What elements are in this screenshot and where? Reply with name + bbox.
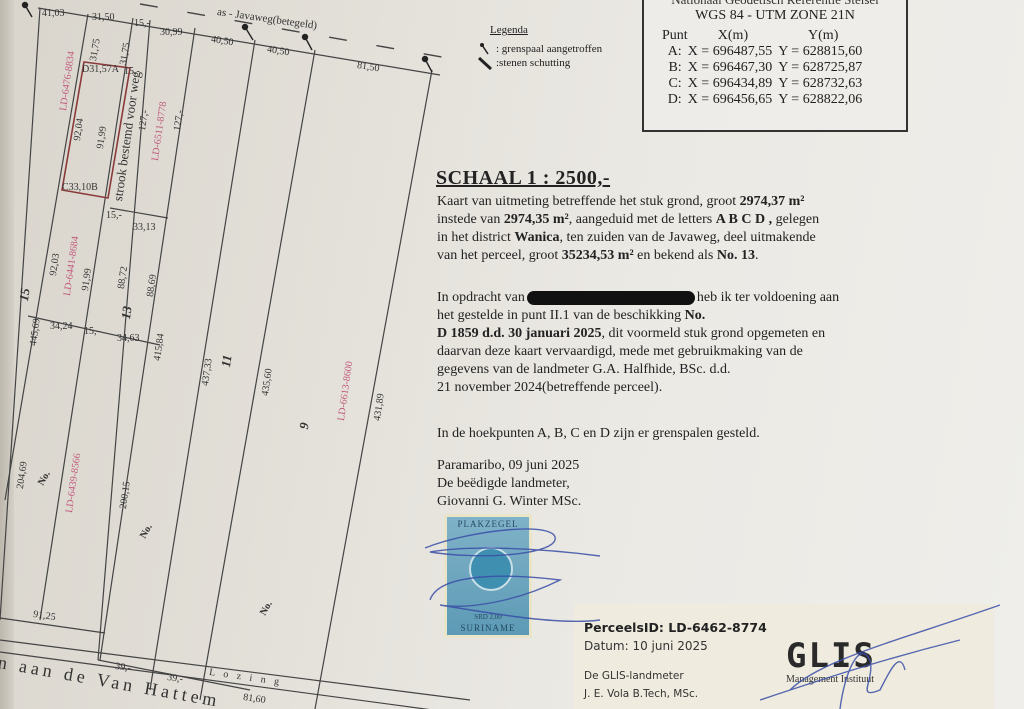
y-value: Y = 628725,87 [778,60,868,76]
point-label: B: [662,60,688,76]
text: gegevens van de landmeter G.A. Halfhide,… [437,362,731,377]
bold-text: 35234,53 m² [562,248,634,263]
dim-label: 33,13 [133,222,156,233]
x-value: X = 696487,55 [688,44,779,60]
dim-label: 41,03 [42,8,65,19]
commission-paragraph: In opdracht vanheb ik ter voldoening aan… [437,289,839,397]
text: 21 november 2024(betreffende perceel). [437,380,662,395]
coordinate-table: Punt X(m) Y(m) A:X = 696487,55Y = 628815… [662,28,868,108]
description-paragraph: Kaart van uitmeting betreffende het stuk… [437,193,819,265]
parcel-number-11: 11 [218,354,236,368]
glis-surveyor-name: J. E. Vola B.Tech, MSc. [584,688,698,700]
text: , dit voormeld stuk grond opgemeten en [602,326,826,341]
map-scale-heading: SCHAAL 1 : 2500,- [436,167,610,190]
legend-title: Legenda [490,24,602,36]
dim-label: 34,63 [117,333,140,344]
glis-registration-sticker: PerceelsID: LD-6462-8774 Datum: 10 juni … [574,604,994,709]
parcel-id: PerceelsID: LD-6462-8774 [584,620,767,635]
text: gelegen [772,212,819,227]
dim-label: 15,- [84,326,100,337]
point-label: D: [662,92,688,108]
description-line: Kaart van uitmeting betreffende het stuk… [437,193,819,211]
bold-text: No. 13 [717,248,755,263]
stamp-country: SURINAME [447,623,529,633]
commission-line-1: In opdracht vanheb ik ter voldoening aan [437,289,839,307]
stone-fence-icon [478,56,492,70]
corner-label-c: C33,10B [62,182,98,193]
y-value: Y = 628815,60 [778,44,868,60]
coordinate-system-header: Nationaal Geodetisch Referentie Stelsel [644,0,906,6]
col-header-point: Punt [662,28,688,44]
text: instede van [437,212,504,227]
description-line: in het district Wanica, ten zuiden van d… [437,229,819,247]
surveyor-signature-block: Paramaribo, 09 juni 2025 De beëdigde lan… [437,457,581,511]
legend-item: : grenspaal aangetroffen [478,42,602,56]
text: van het perceel, groot [437,248,562,263]
revenue-stamp: PLAKZEGEL SRD 2,00 SURINAME [444,514,532,638]
point-label: A: [662,44,688,60]
stamp-value: SRD 2,00 [447,613,529,621]
text: Kaart van uitmeting betreffende het stuk… [437,194,740,209]
table-row: C:X = 696434,89Y = 628732,63 [662,76,868,92]
glis-logo: GLIS [786,636,876,676]
map-legend: Legenda : grenspaal aangetroffen :stenen… [478,24,602,70]
boundary-posts-statement: In de hoekpunten A, B, C en D zijn er gr… [437,425,760,443]
bold-text: A B C D , [716,212,772,227]
text: in het district [437,230,514,245]
glis-surveyor-role: De GLIS-landmeter [584,670,684,682]
coat-of-arms-icon [469,547,513,591]
parcel-lines [0,0,470,709]
table-row: A:X = 696487,55Y = 628815,60 [662,44,868,60]
commission-line: 21 november 2024(betreffende perceel). [437,379,839,397]
redacted-client-name [527,291,695,305]
legend-label: :stenen schutting [496,57,570,69]
place-date: Paramaribo, 09 juni 2025 [437,457,581,475]
description-line: instede van 2974,35 m², aangeduid met de… [437,211,819,229]
registration-date: Datum: 10 juni 2025 [584,639,708,653]
text: . [755,248,759,263]
text: en bekend als [634,248,717,263]
dim-label: 30,99 [160,27,183,38]
x-value: X = 696434,89 [688,76,779,92]
surveyor-name: Giovanni G. Winter MSc. [437,493,581,511]
x-value: X = 696467,30 [688,60,779,76]
col-header-x: X(m) [688,28,779,44]
commission-line: D 1859 d.d. 30 januari 2025, dit voormel… [437,325,839,343]
legend-item: :stenen schutting [478,56,602,70]
description-line: van het perceel, groot 35234,53 m² en be… [437,247,819,265]
bold-text: Wanica [514,230,559,245]
corner-label-d: D31,57A [82,64,119,75]
table-row: B:X = 696467,30Y = 628725,87 [662,60,868,76]
y-value: Y = 628822,06 [778,92,868,108]
dim-label: 34,24 [50,321,73,332]
surveyor-role: De beëdigde landmeter, [437,475,581,493]
bold-text: 2974,35 m² [504,212,569,227]
commission-line: het gestelde in punt II.1 van de beschik… [437,307,839,325]
parcel-number-13: 13 [118,305,136,320]
survey-map: 41,03 31,50 15,- 30,99 40,50 40,50 81,50… [0,0,470,709]
glis-institute-name: Management Instituut [786,674,874,685]
coordinate-table-box: Nationaal Geodetisch Referentie Stelsel … [642,0,908,132]
parcel-number-15: 15 [16,287,34,302]
text: In opdracht van [437,290,525,305]
table-row: D:X = 696456,65Y = 628822,06 [662,92,868,108]
text: daarvan deze kaart vervaardigd, mede met… [437,344,803,359]
boundary-post-icon [478,42,492,56]
bold-text: 2974,37 m² [740,194,805,209]
text: , aangeduid met de letters [569,212,716,227]
projection-header: WGS 84 - UTM ZONE 21N [644,8,906,24]
text: het gestelde in punt II.1 van de beschik… [437,308,685,323]
col-header-y: Y(m) [778,28,868,44]
y-value: Y = 628732,63 [778,76,868,92]
text: , ten zuiden van de Javaweg, deel uitmak… [560,230,816,245]
x-value: X = 696456,65 [688,92,779,108]
dim-label: 15,- [134,18,150,29]
commission-line: daarvan deze kaart vervaardigd, mede met… [437,343,839,361]
dim-label: 15,- [106,210,122,221]
commission-line: gegevens van de landmeter G.A. Halfhide,… [437,361,839,379]
point-label: C: [662,76,688,92]
stamp-title: PLAKZEGEL [447,519,529,529]
text: heb ik ter voldoening aan [697,290,839,305]
legend-label: : grenspaal aangetroffen [496,43,602,55]
bold-text: No. [685,308,706,323]
dim-label: 31,50 [92,12,115,23]
bold-text: D 1859 d.d. 30 januari 2025 [437,326,602,341]
